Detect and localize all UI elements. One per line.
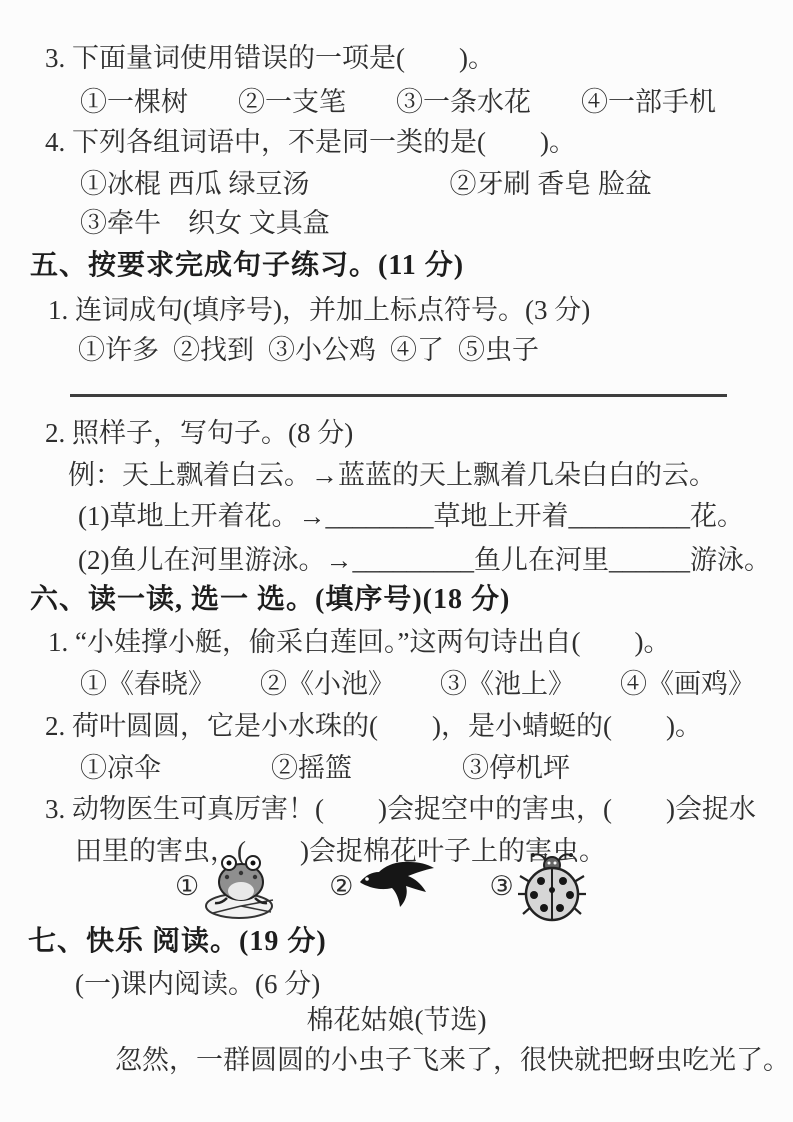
answer-line <box>70 394 727 397</box>
section-6-q1-option-1: ①《春晓》 <box>80 664 215 704</box>
section-6-q1-option-4: ④《画鸡》 <box>620 664 755 704</box>
section-6-q1-options: ①《春晓》 ②《小池》 ③《池上》 ④《画鸡》 <box>80 664 755 704</box>
passage-title: 棉花姑娘(节选) <box>0 1000 793 1040</box>
section-7-heading: 七、快乐 阅读。(19 分) <box>28 922 327 962</box>
section-6-q2-option-1: ①凉伞 <box>80 748 161 788</box>
section-5-q2-item1: (1)草地上开着花。→________草地上开着_________花。 <box>78 496 744 536</box>
question-4-option-3: ③牵牛 织女 文具盒 <box>80 208 330 238</box>
question-3-options: ①一棵树 ②一支笔 ③一条水花 ④一部手机 <box>80 82 716 122</box>
section-5-q2-text: 2. 照样子，写句子。(8 分) <box>45 413 353 453</box>
question-4-text: 4. 下列各组词语中，不是同一类的是( )。 <box>45 122 576 162</box>
section-5-q1-option-1: ①许多 <box>78 330 159 370</box>
section-6-q2-text: 2. 荷叶圆圆，它是小水珠的( )，是小蜻蜓的( )。 <box>45 706 702 746</box>
swallow-icon <box>357 860 437 912</box>
section-6-q3-images: ① ② ③ <box>175 850 586 922</box>
section-5-q1-option-4: ④了 <box>390 330 444 370</box>
section-5-q1-option-3: ③小公鸡 <box>268 330 376 370</box>
section-5-q1-options: ①许多 ②找到 ③小公鸡 ④了 ⑤虫子 <box>78 330 539 370</box>
section-5-q2-item2: (2)鱼儿在河里游泳。→_________鱼儿在河里______游泳。 <box>78 540 771 580</box>
question-4-options-row2: ③牵牛 织女 文具盒 <box>80 203 330 243</box>
question-3-option-3: ③一条水花 <box>396 82 531 122</box>
question-4-options-row1: ①冰棍 西瓜 绿豆汤 ②牙刷 香皂 脸盆 <box>80 164 652 204</box>
question-4-option-1: ①冰棍 西瓜 绿豆汤 <box>80 164 310 204</box>
exam-paper-page: 3. 下面量词使用错误的一项是( )。 ①一棵树 ②一支笔 ③一条水花 ④一部手… <box>0 0 793 1122</box>
section-6-q1-option-2: ②《小池》 <box>260 664 395 704</box>
section-6-q2-option-2: ②摇篮 <box>271 748 352 788</box>
image-item-swallow: ② <box>329 860 437 912</box>
question-4-option-2: ②牙刷 香皂 脸盆 <box>450 164 653 204</box>
section-5-q1-text: 1. 连词成句(填序号)，并加上标点符号。(3 分) <box>48 290 590 330</box>
image-item-ladybug: ③ <box>489 850 585 922</box>
section-6-q3-line1: 3. 动物医生可真厉害！( )会捉空中的害虫，( )会捉水 <box>45 789 756 829</box>
section-6-heading: 六、读一读, 选一 选。(填序号)(18 分) <box>30 580 510 620</box>
section-6-q1-text: 1. “小娃撑小艇，偷采白莲回。”这两句诗出自( )。 <box>48 622 670 662</box>
image-1-label: ① <box>175 871 199 902</box>
question-3-option-1: ①一棵树 <box>80 82 188 122</box>
section-5-heading: 五、按要求完成句子练习。(11 分) <box>30 246 464 286</box>
section-5-q1-option-5: ⑤虫子 <box>458 330 539 370</box>
image-item-frog: ① <box>175 852 277 920</box>
section-6-q2-option-3: ③停机坪 <box>462 748 570 788</box>
image-3-label: ③ <box>489 871 513 902</box>
ladybug-icon <box>518 850 586 922</box>
image-2-label: ② <box>329 871 353 902</box>
section-6-q1-option-3: ③《池上》 <box>440 664 575 704</box>
section-5-q2-example: 例：天上飘着白云。→蓝蓝的天上飘着几朵白白的云。 <box>68 455 716 495</box>
section-7-sub: (一)课内阅读。(6 分) <box>75 964 320 1004</box>
passage-text: 忽然，一群圆圆的小虫子飞来了，很快就把蚜虫吃光了。 <box>115 1040 790 1080</box>
section-6-q2-options: ①凉伞 ②摇篮 ③停机坪 <box>80 748 570 788</box>
question-3-text: 3. 下面量词使用错误的一项是( )。 <box>45 38 495 78</box>
question-3-option-4: ④一部手机 <box>581 82 716 122</box>
frog-icon <box>203 852 277 920</box>
question-3-option-2: ②一支笔 <box>238 82 346 122</box>
section-5-q1-option-2: ②找到 <box>173 330 254 370</box>
